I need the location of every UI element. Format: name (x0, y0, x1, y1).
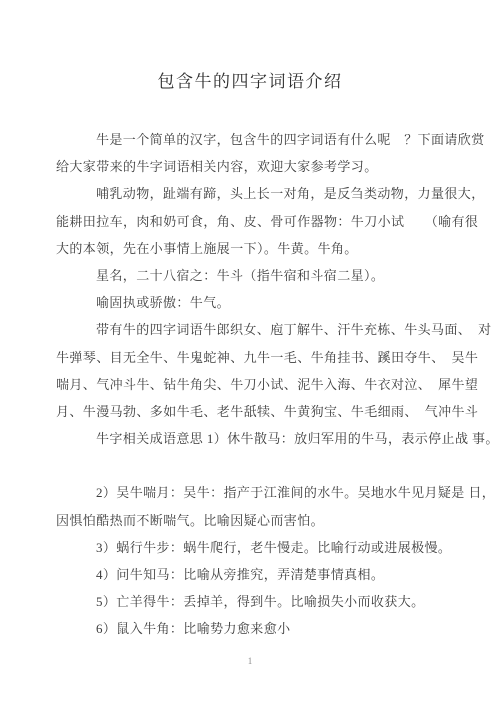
text-line: 6）鼠入牛角：比喻势力愈来愈小 (56, 615, 452, 642)
text-line: 喻固执或骄傲：牛气。 (56, 289, 452, 316)
document-title: 包含牛的四字词语介绍 (0, 67, 500, 92)
text-line: 大的本领，先在小事情上施展一下）。牛黄。牛角。 (56, 235, 452, 262)
document-page: 包含牛的四字词语介绍 牛是一个简单的汉字，包含牛的四字词语有什么呢 ？下面请欣赏… (0, 0, 500, 708)
text-line: 带有牛的四字词语牛郎织女、庖丁解牛、汗牛充栋、牛头马面、 对 (56, 316, 452, 343)
text-line: 月、牛漫马勃、多如牛毛、老牛舐犊、牛黄狗宝、牛毛细雨、 气冲牛斗 (56, 398, 452, 425)
text-line: 能耕田拉车，肉和奶可食，角、皮、骨可作器物：牛刀小试 （喻有很 (56, 208, 452, 235)
text-line: 星名，二十八宿之：牛斗（指牛宿和斗宿二星）。 (56, 262, 452, 289)
text-line: 因惧怕酷热而不断喘气。比喻因疑心而害怕。 (56, 507, 452, 534)
text-line: 2）吴牛喘月：吴牛：指产于江淮间的水牛。吴地水牛见月疑是 日， (56, 479, 452, 506)
text-line: 牛是一个简单的汉字，包含牛的四字词语有什么呢 ？下面请欣赏 (56, 126, 452, 153)
document-body: 牛是一个简单的汉字，包含牛的四字词语有什么呢 ？下面请欣赏给大家带来的牛字词语相… (56, 126, 452, 643)
page-number: 1 (0, 656, 500, 666)
text-line: 5）亡羊得牛：丢掉羊，得到牛。比喻损失小而收获大。 (56, 588, 452, 615)
text-line: 喘月、气冲斗牛、钻牛角尖、牛刀小试、泥牛入海、牛衣对泣、 犀牛望 (56, 371, 452, 398)
text-line: 3）蜗行牛步：蜗牛爬行，老牛慢走。比喻行动或进展极慢。 (56, 534, 452, 561)
blank-line (56, 452, 452, 479)
text-line: 牛字相关成语意思 1）休牛散马：放归军用的牛马，表示停止战 事。 (56, 425, 452, 452)
text-line: 给大家带来的牛字词语相关内容，欢迎大家参考学习。 (56, 153, 452, 180)
text-line: 牛弹琴、目无全牛、牛鬼蛇神、九牛一毛、牛角挂书、蹊田夺牛、 吴牛 (56, 344, 452, 371)
text-line: 哺乳动物，趾端有蹄，头上长一对角，是反刍类动物，力量很大， (56, 180, 452, 207)
text-line: 4）问牛知马：比喻从旁推究，弄清楚事情真相。 (56, 561, 452, 588)
